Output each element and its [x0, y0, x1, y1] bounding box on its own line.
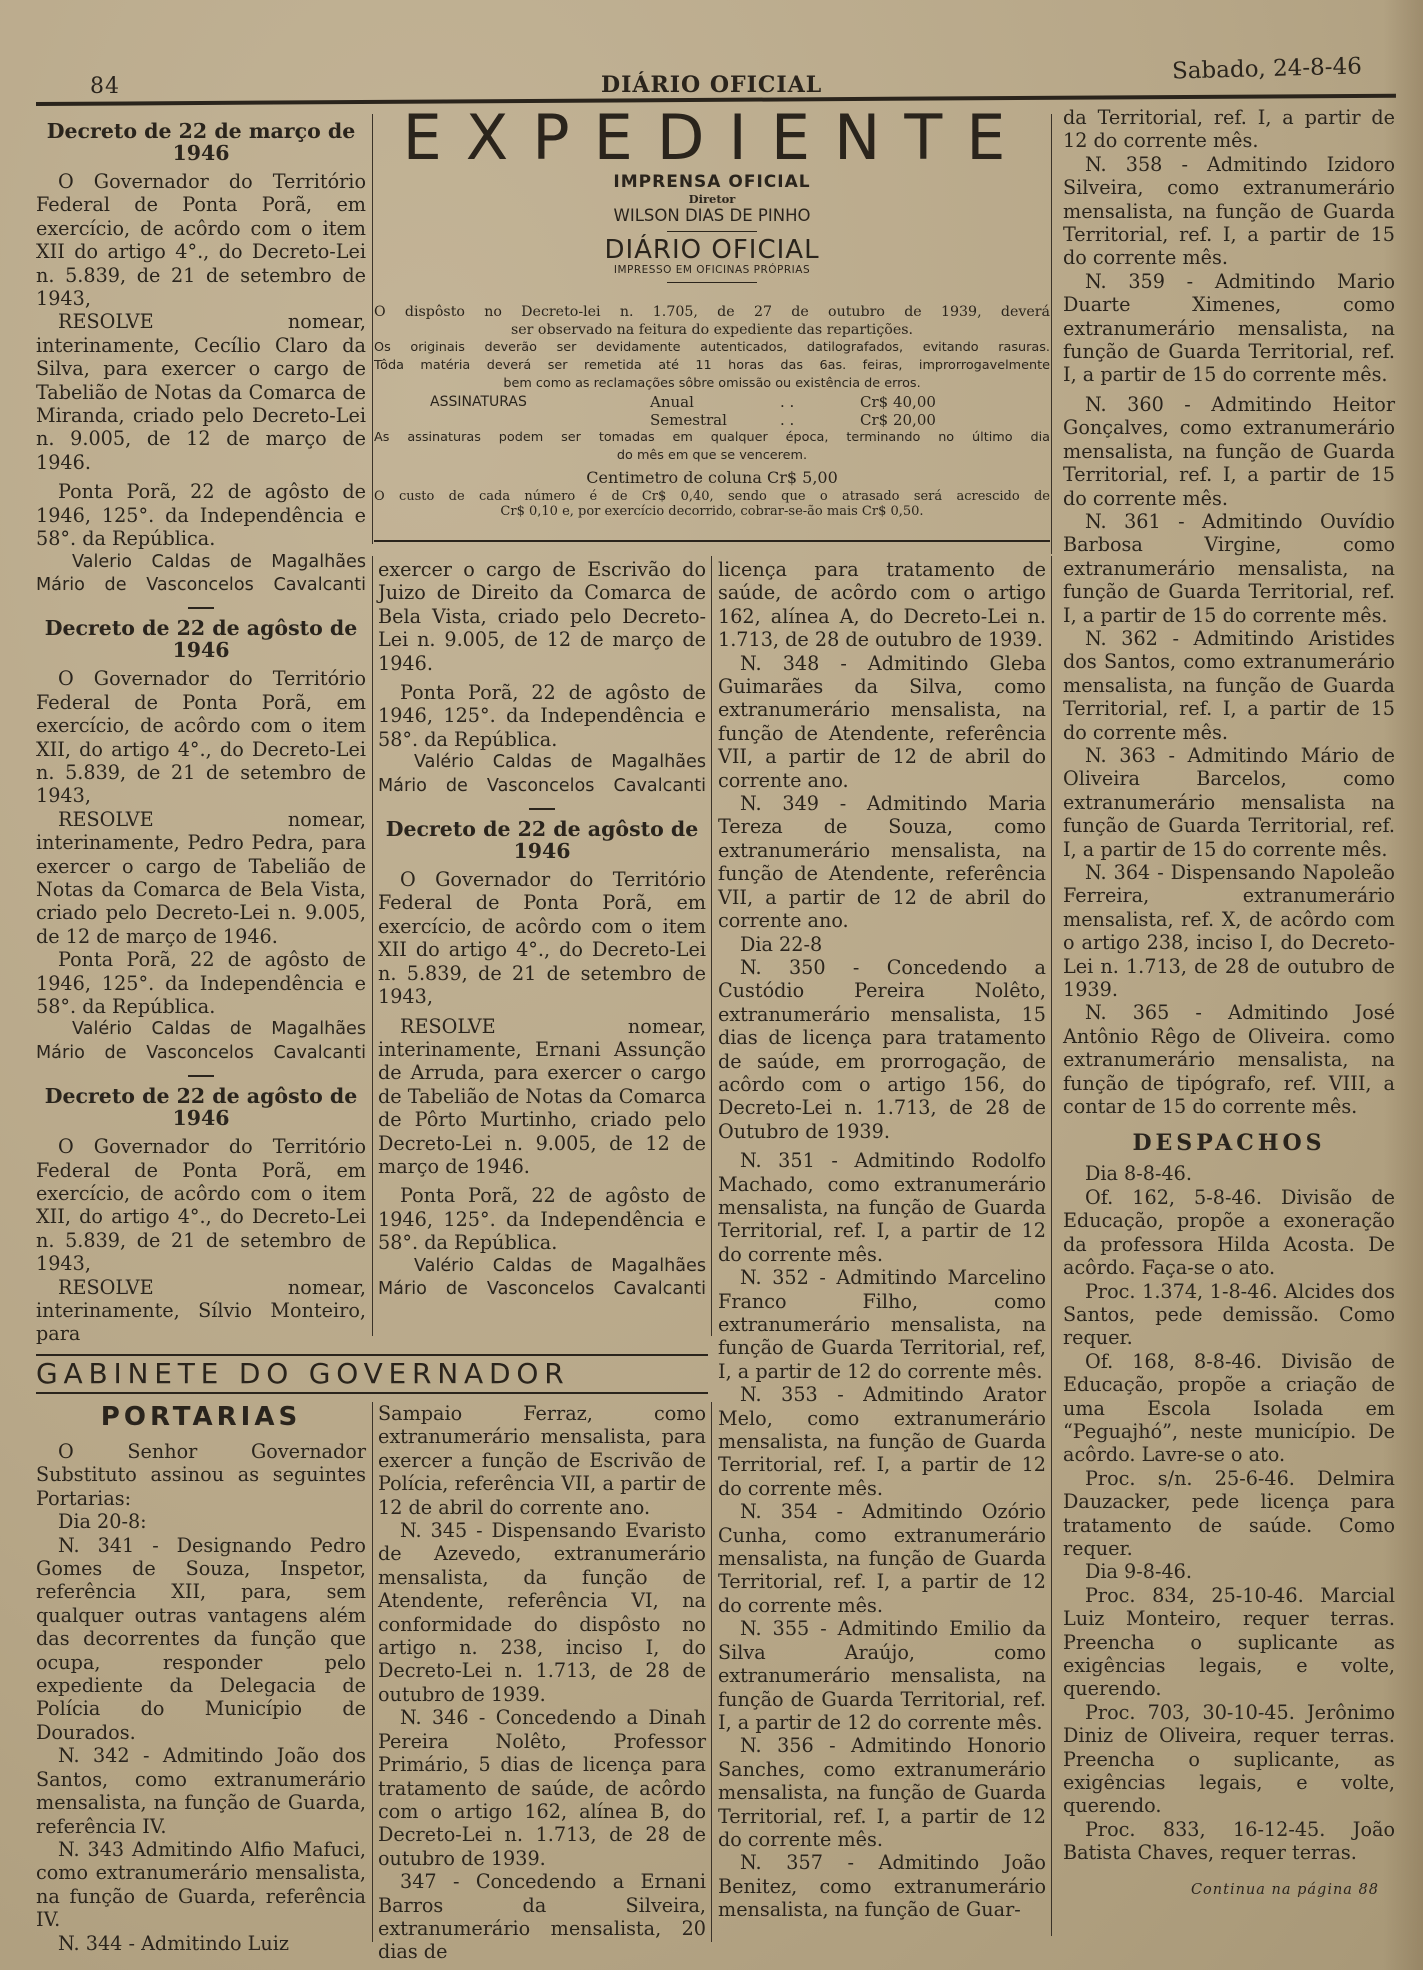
gabinete-column-2: Sampaio Ferraz, como extranumerário mens…	[378, 1402, 706, 1964]
despacho-item: Of. 168, 8-8-46. Divisão de Educação, pr…	[1063, 1350, 1395, 1467]
paragraph: RESOLVE nomear, interinamente, Cecílio C…	[36, 310, 366, 474]
signature: Valério Caldas de Magalhães	[36, 1018, 366, 1041]
signature: Valério Caldas de Magalhães	[378, 1255, 706, 1278]
paragraph: O Governador do Território Federal de Po…	[36, 1135, 366, 1275]
despacho-item: Of. 162, 5-8-46. Divisão de Educação, pr…	[1063, 1186, 1395, 1280]
decree-title: Decreto de 22 de agôsto de 1946	[36, 617, 366, 661]
subscription-dots: . .	[780, 393, 860, 411]
column-divider	[372, 556, 373, 1336]
column-price: Centimetro de coluna Cr$ 5,00	[374, 467, 1050, 489]
signature: Mário de Vasconcelos Cavalcanti	[36, 1042, 366, 1065]
portarias-heading: PORTARIAS	[36, 1400, 366, 1434]
paragraph: Ponta Porã, 22 de agôsto de 1946, 125°. …	[36, 480, 366, 550]
notice-line: Os originais deverão ser devidamente aut…	[374, 339, 1050, 357]
subscription-period: Semestral	[650, 411, 780, 429]
portaria-item: N. 342 - Admitindo João dos Santos, como…	[36, 1744, 366, 1838]
newspaper-page: 84 DIÁRIO OFICIAL Sabado, 24-8-46 Decret…	[0, 0, 1423, 1970]
paragraph: Sampaio Ferraz, como extranumerário mens…	[378, 1402, 706, 1519]
paragraph: Ponta Porã, 22 de agôsto de 1946, 125°. …	[36, 948, 366, 1018]
despacho-item: Proc. 1.374, 1-8-46. Alcides dos Santos,…	[1063, 1280, 1395, 1350]
portaria-item: N. 353 - Admitindo Arator Melo, como ext…	[718, 1383, 1046, 1500]
column-divider	[372, 1402, 373, 1942]
director-name: WILSON DIAS DE PINHO	[374, 206, 1050, 225]
portaria-item: N. 364 - Dispensando Napoleão Ferreira, …	[1063, 861, 1395, 1001]
day-label: Dia 22-8	[718, 933, 1046, 956]
expediente-body: O dispôsto no Decreto-lei n. 1.705, de 2…	[374, 303, 1050, 519]
issue-date: Sabado, 24-8-46	[1172, 54, 1362, 85]
despacho-item: Proc. s/n. 25-6-46. Delmira Dauzacker, p…	[1063, 1467, 1395, 1561]
section-dash	[188, 607, 214, 609]
signature: Mário de Vasconcelos Cavalcanti	[36, 574, 366, 597]
continued-on-page-link[interactable]: Continua na página 88	[1063, 1879, 1395, 1902]
column-divider	[372, 114, 373, 544]
day-label: Dia 9-8-46.	[1063, 1560, 1395, 1583]
portaria-item: N. 343 Admitindo Alfio Mafuci, como extr…	[36, 1838, 366, 1932]
notice-line: Tôda matéria deverá ser remetida até 11 …	[374, 357, 1050, 375]
publisher: IMPRENSA OFICIAL	[374, 172, 1050, 192]
newspaper-title: DIÁRIO OFICIAL	[601, 72, 822, 98]
expediente-bottom-rule	[374, 540, 1050, 542]
despachos-heading: DESPACHOS	[1063, 1128, 1395, 1158]
portaria-item: N. 356 - Admitindo Honorio Sanches, como…	[718, 1734, 1046, 1851]
portaria-item: N. 344 - Admitindo Luiz	[36, 1932, 366, 1955]
portaria-item: N. 359 - Admitindo Mario Duarte Ximenes,…	[1063, 270, 1395, 387]
paragraph: RESOLVE nomear, interinamente, Ernani As…	[378, 1015, 706, 1179]
divider	[667, 231, 757, 232]
portaria-item: N. 348 - Admitindo Gleba Guimarães da Si…	[718, 652, 1046, 792]
despacho-item: Proc. 834, 25-10-46. Marcial Luiz Montei…	[1063, 1584, 1395, 1701]
page-number: 84	[90, 74, 120, 99]
portaria-item: N. 358 - Admitindo Izidoro Silveira, com…	[1063, 153, 1395, 270]
paragraph: RESOLVE nomear, interinamente, Pedro Ped…	[36, 808, 366, 948]
paragraph: Ponta Porã, 22 de agôsto de 1946, 125°. …	[378, 1184, 706, 1254]
section-dash	[529, 808, 555, 810]
director-label: Diretor	[374, 192, 1050, 206]
expediente-heading: EXPEDIENTE	[382, 106, 1050, 170]
column-1: Decreto de 22 de março de 1946 O Governa…	[36, 120, 366, 1346]
column-3: licença para tratamento de saúde, de acô…	[718, 558, 1046, 1922]
portaria-item: N. 360 - Admitindo Heitor Gonçalves, com…	[1063, 393, 1395, 510]
subscription-price: Cr$ 20,00	[860, 411, 1060, 429]
signature: Mário de Vasconcelos Cavalcanti	[378, 775, 706, 798]
subscriptions-table: ASSINATURAS Anual . . Cr$ 40,00 Semestra…	[430, 393, 1050, 429]
column-divider	[711, 1402, 712, 1942]
cost-line: Cr$ 0,10 e, por exercício decorrido, cob…	[374, 504, 1050, 519]
portaria-item: N. 354 - Admitindo Ozório Cunha, como ex…	[718, 1500, 1046, 1617]
gabinete-column-1: PORTARIAS O Senhor Governador Substituto…	[36, 1400, 366, 1955]
portaria-item: N. 349 - Admitindo Maria Tereza de Souza…	[718, 792, 1046, 932]
despacho-item: Proc. 833, 16-12-45. João Batista Chaves…	[1063, 1818, 1395, 1865]
section-title: GABINETE DO GOVERNADOR	[36, 1356, 708, 1392]
portaria-item: N. 351 - Admitindo Rodolfo Machado, como…	[718, 1149, 1046, 1266]
portaria-item: N. 350 - Concedendo a Custódio Pereira N…	[718, 956, 1046, 1143]
signature: Valerio Caldas de Magalhães	[36, 551, 366, 574]
portaria-item: N. 363 - Admitindo Mário de Oliveira Bar…	[1063, 744, 1395, 861]
signature: Valério Caldas de Magalhães	[378, 751, 706, 774]
decree-title: Decreto de 22 de agôsto de 1946	[378, 818, 706, 862]
notice-line: bem como as reclamações sôbre omissão ou…	[374, 375, 1050, 393]
notice-line: O dispôsto no Decreto-lei n. 1.705, de 2…	[374, 303, 1050, 321]
portaria-item: N. 352 - Admitindo Marcelino Franco Filh…	[718, 1266, 1046, 1383]
notice-line: As assinaturas podem ser tomadas em qual…	[374, 429, 1050, 447]
subscription-price: Cr$ 40,00	[860, 393, 1060, 411]
portaria-item: N. 345 - Dispensando Evaristo de Azevedo…	[378, 1519, 706, 1706]
expediente-box: EXPEDIENTE IMPRENSA OFICIAL Diretor WILS…	[374, 106, 1050, 519]
paragraph: exercer o cargo de Escrivão do Juizo de …	[378, 558, 706, 675]
paper-name: DIÁRIO OFICIAL	[374, 236, 1050, 264]
paragraph: O Senhor Governador Substituto assinou a…	[36, 1440, 366, 1510]
column-4: da Territorial, ref. I, a partir de 12 d…	[1063, 106, 1395, 1902]
decree-title: Decreto de 22 de agôsto de 1946	[36, 1085, 366, 1129]
decree-title: Decreto de 22 de março de 1946	[36, 120, 366, 164]
portaria-item: N. 365 - Admitindo José Antônio Rêgo de …	[1063, 1001, 1395, 1118]
portaria-item: 347 - Concedendo a Ernani Barros da Silv…	[378, 1870, 706, 1964]
subscriptions-label: ASSINATURAS	[430, 393, 650, 411]
despacho-item: Proc. 703, 30-10-45. Jerônimo Diniz de O…	[1063, 1701, 1395, 1818]
gabinete-section: GABINETE DO GOVERNADOR	[36, 1354, 708, 1394]
subscription-period: Anual	[650, 393, 780, 411]
portaria-item: N. 362 - Admitindo Aristides dos Santos,…	[1063, 627, 1395, 744]
paragraph: licença para tratamento de saúde, de acô…	[718, 558, 1046, 652]
day-label: Dia 20-8:	[36, 1510, 366, 1533]
column-divider	[711, 556, 712, 1336]
paragraph: RESOLVE nomear, interinamente, Sílvio Mo…	[36, 1276, 366, 1346]
paragraph: Ponta Porã, 22 de agôsto de 1946, 125°. …	[378, 681, 706, 751]
paragraph: O Governador do Território Federal de Po…	[378, 868, 706, 1008]
signature: Mário de Vasconcelos Cavalcanti	[378, 1278, 706, 1301]
paragraph: O Governador do Território Federal de Po…	[36, 667, 366, 807]
portaria-item: N. 357 - Admitindo João Benitez, como ex…	[718, 1851, 1046, 1921]
column-divider	[1051, 114, 1052, 554]
printed-note: IMPRESSO EM OFICINAS PRÓPRIAS	[374, 264, 1050, 276]
column-divider	[1051, 556, 1052, 1936]
column-2: exercer o cargo de Escrivão do Juizo de …	[378, 558, 706, 1301]
notice-line: do mês em que se vencerem.	[374, 447, 1050, 465]
section-rule	[36, 1392, 708, 1394]
divider	[667, 282, 757, 283]
subscription-dots: . .	[780, 411, 860, 429]
cost-line: O custo de cada número é de Cr$ 0,40, se…	[374, 489, 1050, 504]
section-dash	[188, 1075, 214, 1077]
portaria-item: N. 346 - Concedendo a Dinah Pereira Nolê…	[378, 1706, 706, 1870]
portaria-item: N. 341 - Designando Pedro Gomes de Souza…	[36, 1534, 366, 1745]
day-label: Dia 8-8-46.	[1063, 1162, 1395, 1185]
paragraph: O Governador do Território Federal de Po…	[36, 170, 366, 310]
portaria-item: N. 355 - Admitindo Emilio da Silva Araúj…	[718, 1617, 1046, 1734]
notice-line: ser observado na feitura do expediente d…	[374, 321, 1050, 339]
portaria-item: N. 361 - Admitindo Ouvídio Barbosa Virgi…	[1063, 510, 1395, 627]
paragraph: da Territorial, ref. I, a partir de 12 d…	[1063, 106, 1395, 153]
